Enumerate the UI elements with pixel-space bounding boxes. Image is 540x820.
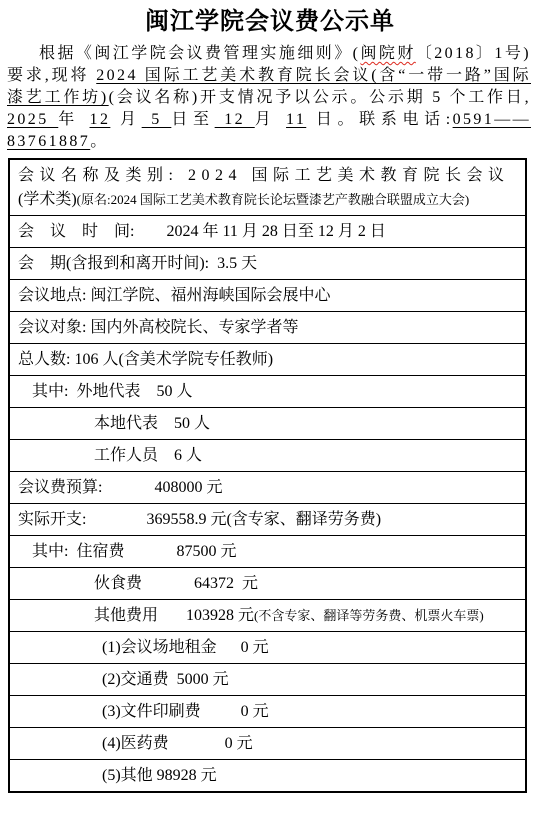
table-cell: 会议对象: 国内外高校院长、专家学者等 <box>9 312 526 344</box>
table-cell: 其中: 外地代表 50 人 <box>9 376 526 408</box>
cell-text: 其中: 外地代表 50 人 <box>32 383 192 400</box>
intro-segment: 根据《闽江学院会议费管理实施细则》( <box>39 45 360 62</box>
cell-line: (3)文件印刷费 0 元 <box>18 700 517 723</box>
table-row: (5)其他 98928 元 <box>9 760 526 793</box>
cell-line: (学术类)(原名:2024 国际工艺美术教育院长论坛暨漆艺产教融合联盟成立大会) <box>18 188 517 211</box>
fee-table-body: 会议名称及类别: 2024 国际工艺美术教育院长会议(学术类)(原名:2024 … <box>9 159 526 792</box>
table-row: 工作人员 6 人 <box>9 440 526 472</box>
table-cell: 总人数: 106 人(含美术学院专任教师) <box>9 344 526 376</box>
table-cell: 会议费预算: 408000 元 <box>9 472 526 504</box>
intro-segment: 闽院财 <box>360 45 415 62</box>
intro-segment: (会议名称)开支情况予以公示。公示期 5 个工作日, <box>109 89 531 106</box>
notice-document: 闽江学院会议费公示单 根据《闽江学院会议费管理实施细则》(闽院财〔2018〕1号… <box>0 0 540 820</box>
table-cell: (5)其他 98928 元 <box>9 760 526 793</box>
intro-segment: 月 <box>255 111 286 128</box>
cell-line: 总人数: 106 人(含美术学院专任教师) <box>18 348 517 371</box>
intro-segment: 2025 <box>7 111 58 128</box>
table-row: 会议名称及类别: 2024 国际工艺美术教育院长会议(学术类)(原名:2024 … <box>9 159 526 216</box>
cell-line: 实际开支: 369558.9 元(含专家、翻译劳务费) <box>18 508 517 531</box>
intro-paragraph: 根据《闽江学院会议费管理实施细则》(闽院财〔2018〕1号)要求,现将 2024… <box>7 43 531 153</box>
table-row: (2)交通费 5000 元 <box>9 664 526 696</box>
intro-segment: 年 <box>58 111 89 128</box>
cell-text: 伙食费 64372 元 <box>94 575 258 592</box>
table-row: 其他费用 103928 元(不含专家、翻译等劳务费、机票火车票) <box>9 600 526 632</box>
intro-segment: 。 <box>90 133 108 150</box>
table-row: 其中: 住宿费 87500 元 <box>9 536 526 568</box>
table-row: 会议费预算: 408000 元 <box>9 472 526 504</box>
table-row: (4)医药费 0 元 <box>9 728 526 760</box>
intro-segment: 月 <box>110 111 141 128</box>
intro-segment: 11 <box>286 111 306 128</box>
cell-line: 会议对象: 国内外高校院长、专家学者等 <box>18 316 517 339</box>
table-cell: 会 议 时 间: 2024 年 11 月 28 日至 12 月 2 日 <box>9 216 526 248</box>
table-row: (3)文件印刷费 0 元 <box>9 696 526 728</box>
table-cell: 其他费用 103928 元(不含专家、翻译等劳务费、机票火车票) <box>9 600 526 632</box>
cell-text: (1)会议场地租金 0 元 <box>102 639 269 656</box>
table-row: 实际开支: 369558.9 元(含专家、翻译劳务费) <box>9 504 526 536</box>
cell-note: (不含专家、翻译等劳务费、机票火车票) <box>254 608 484 623</box>
table-cell: 工作人员 6 人 <box>9 440 526 472</box>
cell-text: (2)交通费 5000 元 <box>102 671 229 688</box>
cell-note: (原名:2024 国际工艺美术教育院长论坛暨漆艺产教融合联盟成立大会) <box>77 192 470 207</box>
table-row: 总人数: 106 人(含美术学院专任教师) <box>9 344 526 376</box>
cell-text: (4)医药费 0 元 <box>102 735 253 752</box>
table-row: 会议对象: 国内外高校院长、专家学者等 <box>9 312 526 344</box>
table-row: 会议地点: 闽江学院、福州海峡国际会展中心 <box>9 280 526 312</box>
cell-text: 其中: 住宿费 87500 元 <box>32 543 236 560</box>
cell-text: 会议地点: 闽江学院、福州海峡国际会展中心 <box>18 287 330 304</box>
table-cell: 伙食费 64372 元 <box>9 568 526 600</box>
cell-text: (学术类) <box>18 191 77 208</box>
table-cell: 会议名称及类别: 2024 国际工艺美术教育院长会议(学术类)(原名:2024 … <box>9 159 526 216</box>
cell-line: 其中: 住宿费 87500 元 <box>18 540 517 563</box>
table-cell: (3)文件印刷费 0 元 <box>9 696 526 728</box>
cell-text: 会议名称及类别: 2024 国际工艺美术教育院长会议 <box>18 167 509 184</box>
cell-text: (5)其他 98928 元 <box>102 767 217 784</box>
intro-segment: 5 <box>142 111 172 128</box>
cell-text: 其他费用 103928 元 <box>94 607 254 624</box>
cell-text: (3)文件印刷费 0 元 <box>102 703 269 720</box>
intro-segment: 12 <box>215 111 255 128</box>
table-cell: 实际开支: 369558.9 元(含专家、翻译劳务费) <box>9 504 526 536</box>
cell-line: (5)其他 98928 元 <box>18 764 517 787</box>
cell-line: (4)医药费 0 元 <box>18 732 517 755</box>
cell-text: 会议对象: 国内外高校院长、专家学者等 <box>18 319 298 336</box>
cell-line: 会议名称及类别: 2024 国际工艺美术教育院长会议 <box>18 164 517 188</box>
fee-table: 会议名称及类别: 2024 国际工艺美术教育院长会议(学术类)(原名:2024 … <box>8 158 527 793</box>
cell-line: 其他费用 103928 元(不含专家、翻译等劳务费、机票火车票) <box>18 604 517 627</box>
cell-text: 实际开支: 369558.9 元(含专家、翻译劳务费) <box>18 511 381 528</box>
intro-segment: 12 <box>90 111 111 128</box>
cell-text: 总人数: 106 人(含美术学院专任教师) <box>18 351 273 368</box>
table-cell: 其中: 住宿费 87500 元 <box>9 536 526 568</box>
table-cell: 本地代表 50 人 <box>9 408 526 440</box>
page-title: 闽江学院会议费公示单 <box>0 7 540 37</box>
cell-line: 工作人员 6 人 <box>18 444 517 467</box>
cell-line: 其中: 外地代表 50 人 <box>18 380 517 403</box>
cell-line: 会 议 时 间: 2024 年 11 月 28 日至 12 月 2 日 <box>18 220 517 243</box>
table-cell: (4)医药费 0 元 <box>9 728 526 760</box>
table-row: 会 议 时 间: 2024 年 11 月 28 日至 12 月 2 日 <box>9 216 526 248</box>
cell-text: 本地代表 50 人 <box>94 415 210 432</box>
cell-text: 会 期(含报到和离开时间): 3.5 天 <box>18 255 257 272</box>
cell-line: 本地代表 50 人 <box>18 412 517 435</box>
table-row: (1)会议场地租金 0 元 <box>9 632 526 664</box>
intro-segment: 日至 <box>171 111 214 128</box>
table-cell: (1)会议场地租金 0 元 <box>9 632 526 664</box>
cell-text: 会 议 时 间: 2024 年 11 月 28 日至 12 月 2 日 <box>18 223 386 240</box>
intro-segment: 日。联系电话: <box>306 111 452 128</box>
cell-line: 会议地点: 闽江学院、福州海峡国际会展中心 <box>18 284 517 307</box>
table-cell: 会 期(含报到和离开时间): 3.5 天 <box>9 248 526 280</box>
table-row: 会 期(含报到和离开时间): 3.5 天 <box>9 248 526 280</box>
table-row: 本地代表 50 人 <box>9 408 526 440</box>
cell-line: 伙食费 64372 元 <box>18 572 517 595</box>
cell-text: 工作人员 6 人 <box>94 447 202 464</box>
cell-line: (1)会议场地租金 0 元 <box>18 636 517 659</box>
cell-text: 会议费预算: 408000 元 <box>18 479 222 496</box>
table-row: 其中: 外地代表 50 人 <box>9 376 526 408</box>
table-row: 伙食费 64372 元 <box>9 568 526 600</box>
table-cell: (2)交通费 5000 元 <box>9 664 526 696</box>
cell-line: 会 期(含报到和离开时间): 3.5 天 <box>18 252 517 275</box>
table-cell: 会议地点: 闽江学院、福州海峡国际会展中心 <box>9 280 526 312</box>
cell-line: 会议费预算: 408000 元 <box>18 476 517 499</box>
cell-line: (2)交通费 5000 元 <box>18 668 517 691</box>
